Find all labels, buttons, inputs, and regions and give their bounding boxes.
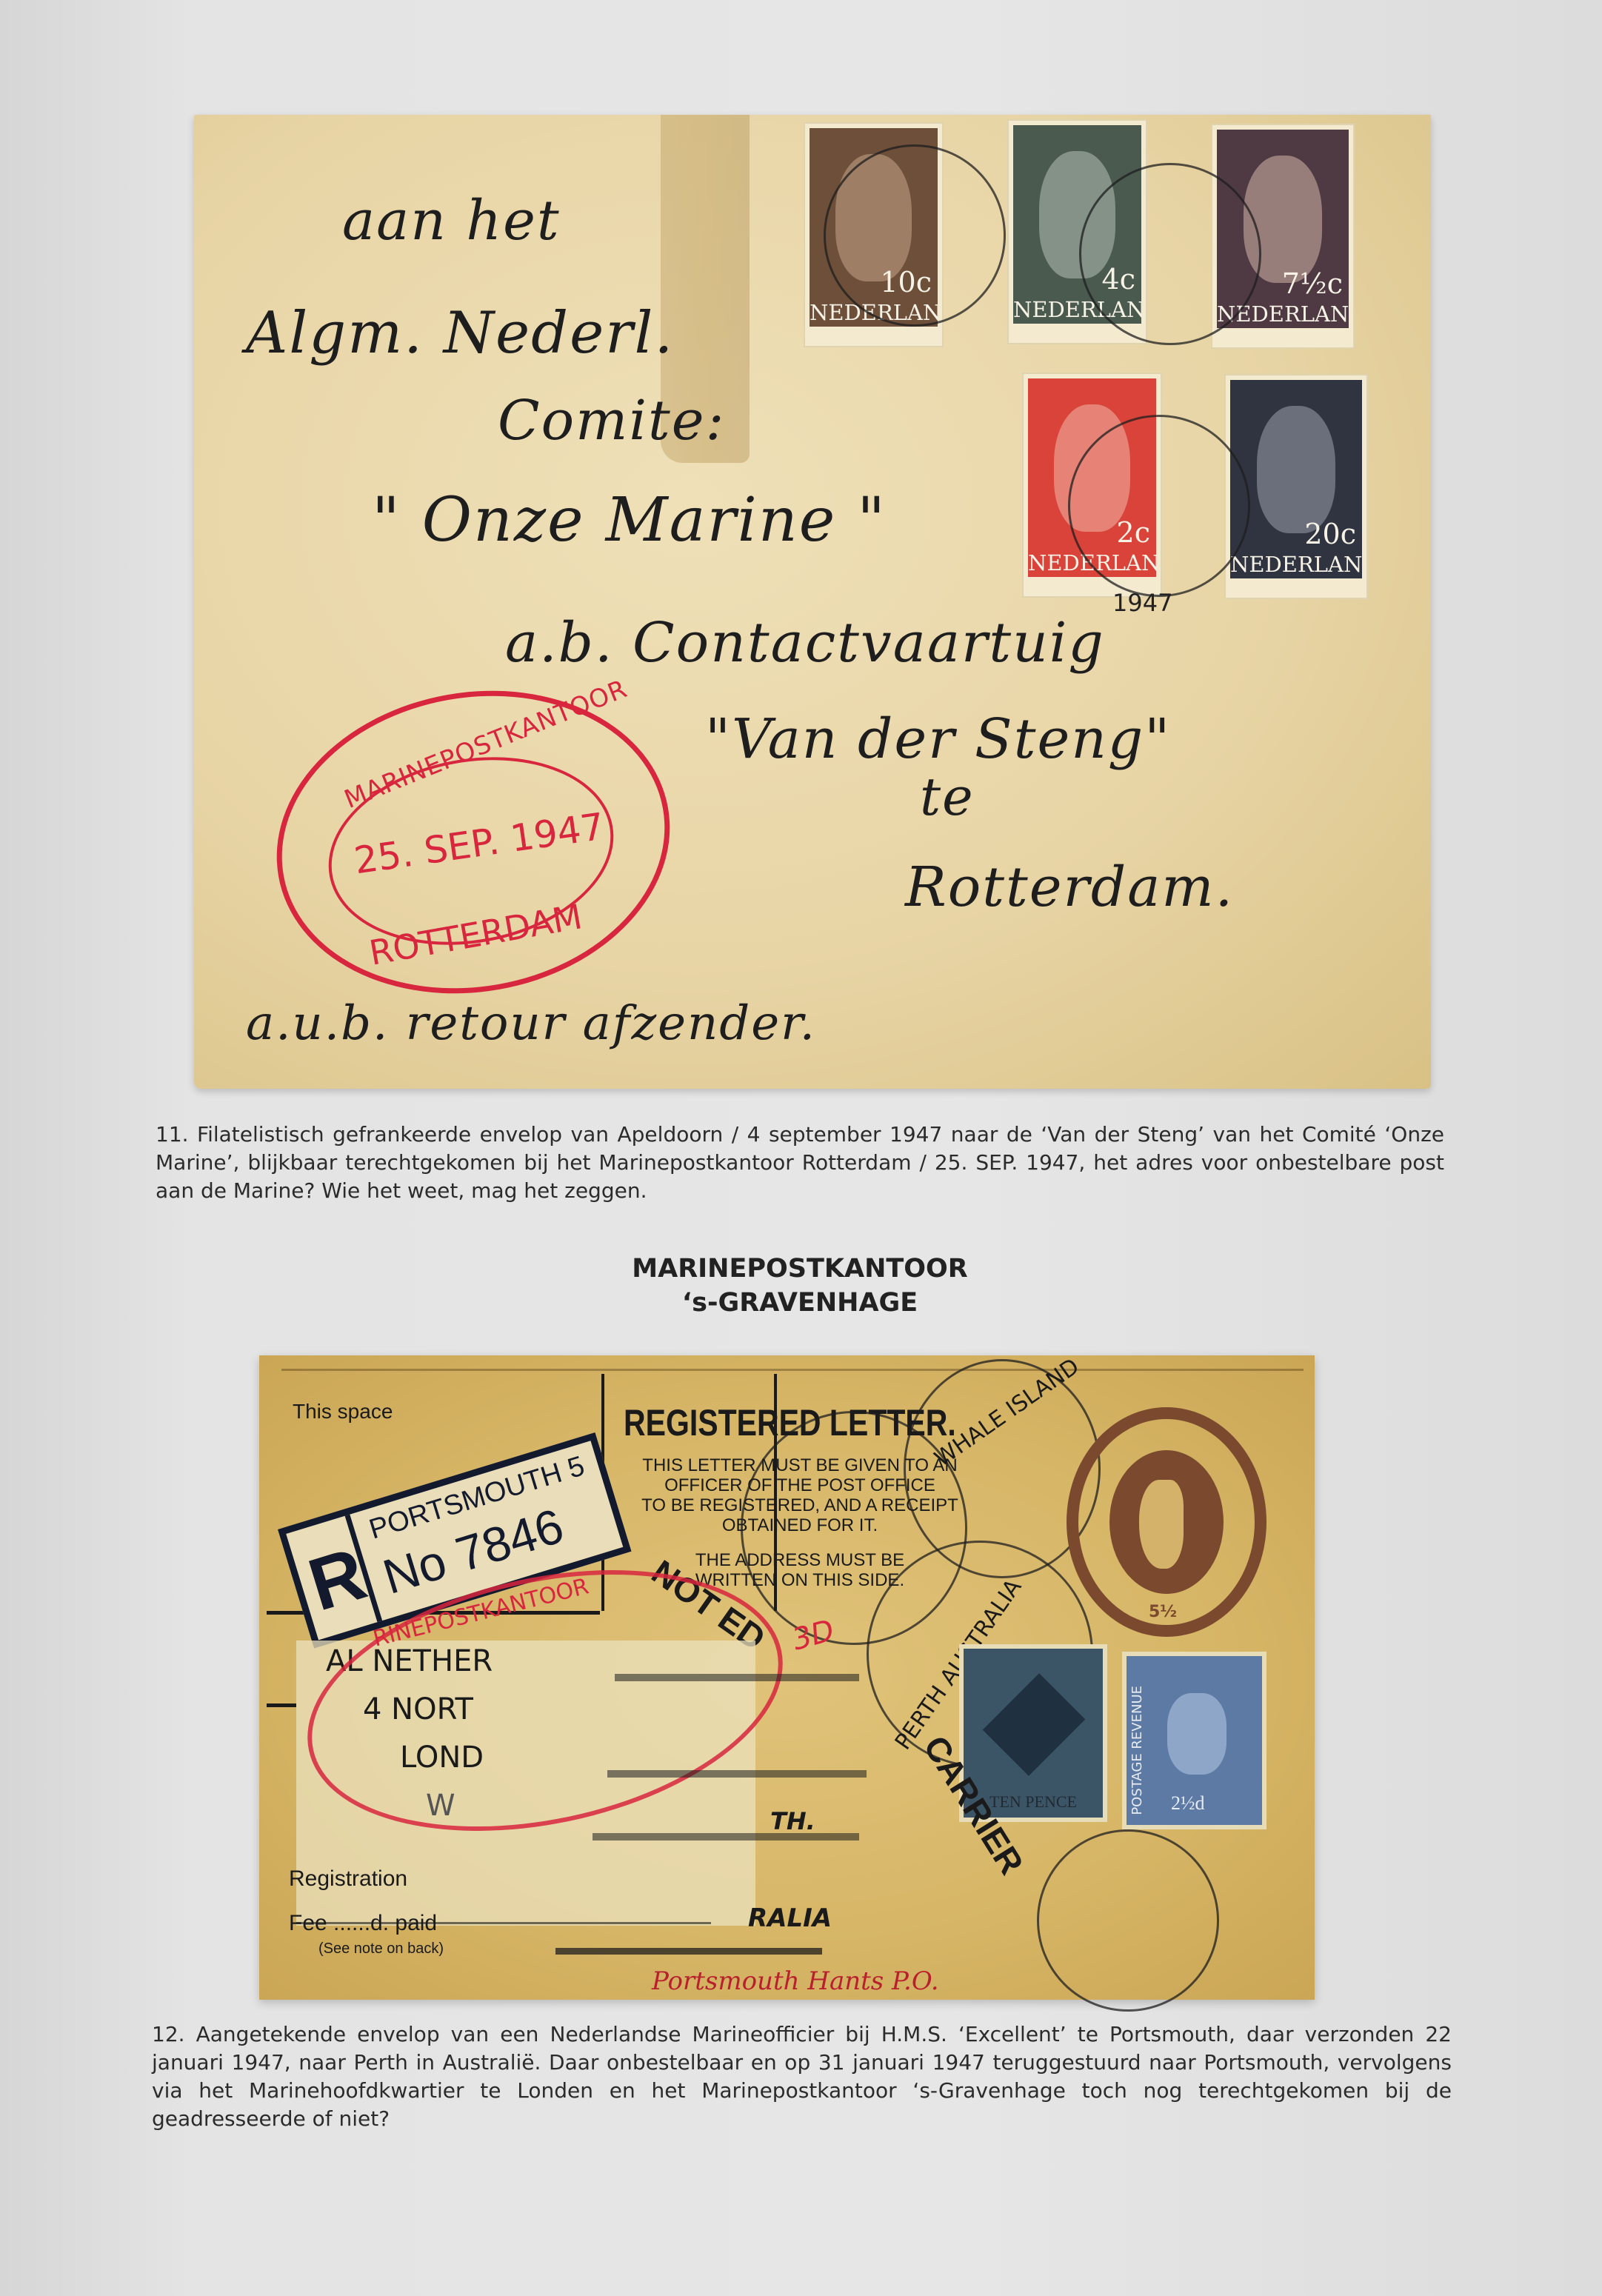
caption-item-12: 12. Aangetekende envelop van een Nederla… bbox=[152, 2020, 1452, 2133]
registration-text: Registration bbox=[289, 1866, 407, 1892]
stamp-legend bbox=[810, 327, 938, 341]
stamp-legend bbox=[1217, 328, 1349, 343]
address-line-7: te bbox=[920, 767, 975, 827]
red-handwriting-portsmouth: Portsmouth Hants P.O. bbox=[652, 1966, 939, 1996]
postmark-circle bbox=[1079, 163, 1261, 345]
fee-note: (See note on back) bbox=[318, 1940, 444, 1958]
envelope-flap-edge bbox=[281, 1369, 1304, 1371]
caption-item-11: 11. Filatelistisch gefrankeerde envelop … bbox=[156, 1121, 1444, 1205]
return-to-sender-note: a.u.b. retour afzender. bbox=[246, 996, 816, 1051]
stamp-legend bbox=[1230, 578, 1362, 593]
address-line-4: " Onze Marine " bbox=[372, 485, 887, 555]
cancel-bar bbox=[607, 1770, 867, 1778]
embossed-postage-stamp: 5½ bbox=[1067, 1407, 1266, 1637]
postmark-year: 1947 bbox=[1112, 589, 1172, 617]
postmark-circle bbox=[824, 144, 1006, 327]
envelope-12-image: This space space for address of Sender. … bbox=[259, 1355, 1315, 2000]
address-line-2: Algm. Nederl. bbox=[246, 300, 674, 367]
stamp-country: NEDERLAND bbox=[1230, 552, 1362, 577]
stamp-denomination: 7½c bbox=[1282, 267, 1343, 300]
address-line-6: "Van der Steng" bbox=[705, 707, 1171, 771]
section-title-line-1: MARINEPOSTKANTOOR bbox=[444, 1252, 1155, 1286]
king-head-icon bbox=[1167, 1693, 1226, 1775]
section-title: MARINEPOSTKANTOOR ‘s-GRAVENHAGE bbox=[444, 1252, 1155, 1320]
cancel-bar bbox=[555, 1948, 822, 1955]
cancel-bar bbox=[615, 1674, 859, 1681]
stamp-two-and-half-pence: 2½d POSTAGE REVENUE bbox=[1122, 1652, 1266, 1829]
section-title-line-2: ‘s-GRAVENHAGE bbox=[444, 1286, 1155, 1320]
perth-mark: TH. bbox=[770, 1807, 815, 1835]
address-line-5: a.b. Contactvaartuig bbox=[505, 611, 1105, 675]
address-line-8: Rotterdam. bbox=[905, 855, 1234, 919]
king-head-icon bbox=[1109, 1450, 1224, 1594]
this-space-text: This space bbox=[293, 1400, 393, 1424]
australia-mark: RALIA bbox=[748, 1903, 832, 1933]
stamp-label: POSTAGE REVENUE bbox=[1129, 1686, 1145, 1815]
stamp-denomination: 20c bbox=[1304, 518, 1356, 550]
address-line-1: aan het bbox=[342, 189, 561, 253]
portrait-icon bbox=[1257, 406, 1336, 534]
postmark-whale-island-bottom bbox=[1037, 1829, 1219, 2012]
cancel-bar bbox=[593, 1833, 859, 1841]
king-head-icon bbox=[983, 1673, 1086, 1776]
postmark-circle bbox=[1068, 415, 1250, 597]
form-rule bbox=[267, 1703, 296, 1707]
address-line-3: Comite: bbox=[498, 389, 725, 453]
stamp-denomination: 2½d bbox=[1171, 1792, 1205, 1815]
fee-paid-line: Fee ......d. paid bbox=[289, 1911, 437, 1936]
embossed-value: 5½ bbox=[1149, 1603, 1177, 1621]
envelope-11-image: aan het Algm. Nederl. Comite: " Onze Mar… bbox=[194, 115, 1431, 1089]
